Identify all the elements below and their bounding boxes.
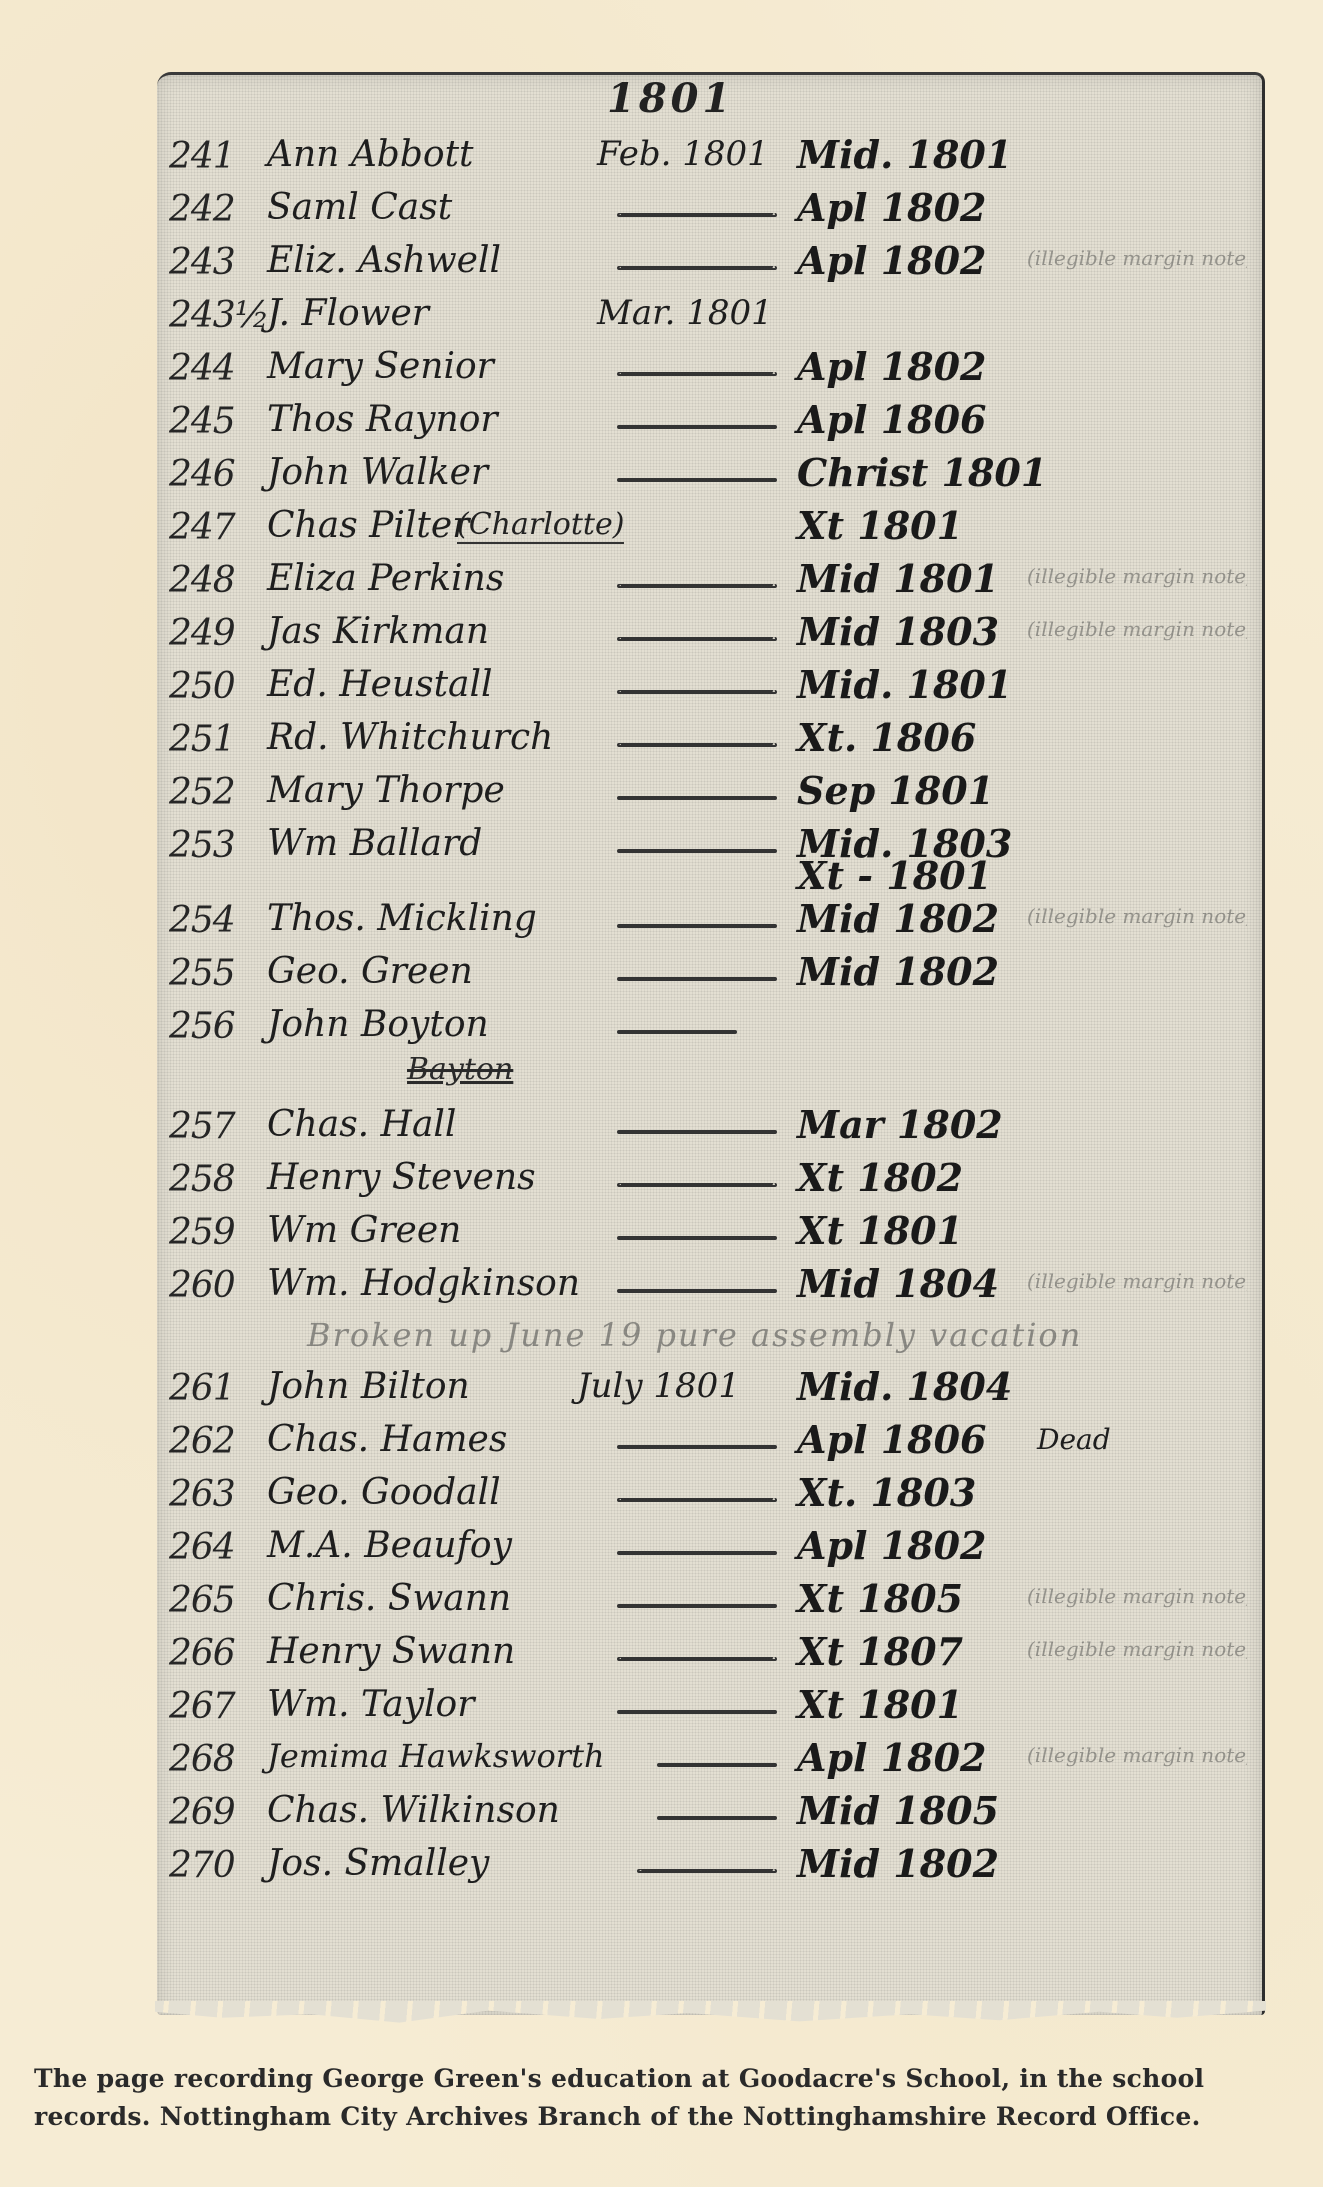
pupil-name: Jos. Smalley [267,1843,489,1884]
entry-number: 247 [169,507,249,548]
register-entry: 267 Wm. Taylor Xt 1801 [157,1680,1262,1733]
register-entry: 255 Geo. Green Mid 1802 [157,947,1262,1000]
register-entry: 262 Chas. Hames Apl 1806 Dead [157,1415,1262,1468]
ditto-dash [657,1816,777,1820]
manuscript-page: 1801 241 Ann Abbott Feb. 1801 Mid. 1801 … [157,72,1265,2015]
ditto-dash [617,743,777,747]
pupil-name: Chas Pilter [267,505,469,546]
margin-note: (illegible margin note) [1027,617,1247,647]
entry-number: 243 [169,242,249,283]
ditto-dash [617,977,777,981]
pupil-name: Jas Kirkman [267,611,489,652]
ditto-dash [617,1236,777,1240]
entry-number: 258 [169,1159,249,1200]
margin-note: (illegible margin note) [1027,1743,1247,1773]
entry-number: 267 [169,1686,249,1727]
left-date: Mid 1802 [797,896,999,941]
ditto-dash [617,1030,737,1034]
ditto-dash [617,1710,777,1714]
register-entry: 266 Henry Swann Xt 1807 (illegible margi… [157,1627,1262,1680]
pupil-name: J. Flower [267,293,429,334]
entry-number: 270 [169,1845,249,1886]
left-date: Apl 1802 [797,344,986,389]
register-entry: 258 Henry Stevens Xt 1802 [157,1153,1262,1206]
pupil-name: Mary Thorpe [267,770,505,811]
pupil-name: John Bilton [267,1366,470,1407]
pupil-name: Ed. Heustall [267,664,493,705]
register-entry: 270 Jos. Smalley Mid 1802 [157,1839,1262,1892]
entry-number: 245 [169,401,249,442]
entry-number: 248 [169,560,249,601]
left-date: Mid. 1801 [797,132,1012,177]
pupil-name: Wm Ballard [267,823,482,864]
left-date: Apl 1802 [797,1735,986,1780]
pupil-name: Wm Green [267,1210,461,1251]
margin-note: (illegible margin note) [1027,1584,1247,1614]
ditto-dash [617,1445,777,1449]
left-date: Xt 1807 [797,1629,963,1674]
left-date: Apl 1802 [797,1523,986,1568]
pupil-name: Chas. Hames [267,1419,507,1460]
left-date: Mid 1804 [797,1261,999,1306]
ditto-dash [617,637,777,641]
left-date: Mid 1803 [797,609,999,654]
margin-note: (illegible margin note) [1027,904,1247,934]
remark: Dead [1037,1423,1111,1456]
entry-number: 262 [169,1421,249,1462]
entry-number: 242 [169,189,249,230]
pupil-name: John Boyton [267,1004,489,1045]
register-entry: 264 M.A. Beaufoy Apl 1802 [157,1521,1262,1574]
entry-number: 241 [169,136,249,177]
pupil-name: Jemima Hawksworth [267,1737,605,1775]
ditto-dash [617,266,777,270]
entry-number: 259 [169,1212,249,1253]
register-entry: 260 Wm. Hodgkinson Mid 1804 (illegible m… [157,1259,1262,1312]
entry-number: 263 [169,1474,249,1515]
pupil-name: Mary Senior [267,346,494,387]
register-entry: 252 Mary Thorpe Sep 1801 [157,766,1262,819]
register-entry: 248 Eliza Perkins Mid 1801 (illegible ma… [157,554,1262,607]
pupil-name: Geo. Goodall [267,1472,501,1513]
entry-number: 246 [169,454,249,495]
figure-caption: The page recording George Green's educat… [34,2060,1274,2136]
left-date: Xt 1805 [797,1576,963,1621]
left-date: Christ 1801 [797,450,1047,495]
entry-number: 266 [169,1633,249,1674]
ditto-dash [617,849,777,853]
register-entry: 259 Wm Green Xt 1801 [157,1206,1262,1259]
ditto-dash [617,584,777,588]
left-date: Xt 1801 [797,503,963,548]
entry-number: 252 [169,772,249,813]
pupil-name: Wm. Hodgkinson [267,1263,580,1304]
entry-number: 269 [169,1792,249,1833]
left-date: Xt. 1806 [797,715,976,760]
register-entry: 249 Jas Kirkman Mid 1803 (illegible marg… [157,607,1262,660]
left-date: Mar 1802 [797,1102,1003,1147]
entry-number: 268 [169,1739,249,1780]
entry-number: 257 [169,1106,249,1147]
torn-paper-edge [155,2001,1266,2025]
register-ledger: 241 Ann Abbott Feb. 1801 Mid. 1801 242 S… [157,130,1262,1892]
pupil-name: M.A. Beaufoy [267,1525,512,1566]
admitted-date: Mar. 1801 [597,293,773,333]
left-date: Mid 1801 [797,556,999,601]
left-date: Xt - 1801 [797,853,992,898]
ditto-dash [617,372,777,376]
register-entry: 254 Thos. Mickling Mid 1802 (illegible m… [157,894,1262,947]
entry-number: 260 [169,1265,249,1306]
entry-number: 265 [169,1580,249,1621]
margin-note: (illegible margin note, Mid 1805) [1027,1269,1247,1299]
ditto-dash [617,690,777,694]
pupil-name: Wm. Taylor [267,1684,474,1725]
vacation-note-text: Broken up June 19 pure assembly vacation [307,1316,1082,1354]
entry-number: 261 [169,1368,249,1409]
admitted-date: Feb. 1801 [597,134,769,174]
pupil-name: Chris. Swann [267,1578,511,1619]
register-entry: 245 Thos Raynor Apl 1806 [157,395,1262,448]
left-date: Xt. 1803 [797,1470,976,1515]
register-entry: 243 Eliz. Ashwell Apl 1802 (illegible ma… [157,236,1262,289]
left-date: Apl 1802 [797,185,986,230]
name-correction: Bayton [407,1052,513,1087]
register-entry: 246 John Walker Christ 1801 [157,448,1262,501]
entry-number: 251 [169,719,249,760]
name-aside: (Charlotte) [457,507,624,544]
pupil-name: John Walker [267,452,488,493]
left-date: Mid. 1804 [797,1364,1012,1409]
left-date: Sep 1801 [797,768,994,813]
entry-number: 243½ [169,295,249,336]
left-date: Mid 1802 [797,1841,999,1886]
register-entry: 242 Saml Cast Apl 1802 [157,183,1262,236]
ditto-dash [637,1869,777,1873]
ditto-dash [617,924,777,928]
pupil-name: Saml Cast [267,187,452,228]
entry-number: 256 [169,1006,249,1047]
register-entry: 263 Geo. Goodall Xt. 1803 [157,1468,1262,1521]
ditto-dash [617,1604,777,1608]
register-entry: 241 Ann Abbott Feb. 1801 Mid. 1801 [157,130,1262,183]
register-entry: 251 Rd. Whitchurch Xt. 1806 [157,713,1262,766]
register-entry: 269 Chas. Wilkinson Mid 1805 [157,1786,1262,1839]
ditto-dash [617,478,777,482]
left-date: Mid. 1801 [797,662,1012,707]
left-date: Apl 1806 [797,1417,986,1462]
pupil-name: Eliza Perkins [267,558,504,599]
register-entry: 261 John Bilton July 1801 Mid. 1804 [157,1362,1262,1415]
left-date: Apl 1806 [797,397,986,442]
register-entry: 256 John Boyton Bayton [157,1000,1262,1100]
pupil-name: Geo. Green [267,951,473,992]
pupil-name: Chas. Hall [267,1104,456,1145]
pupil-name: Henry Swann [267,1631,515,1672]
ditto-dash [617,1130,777,1134]
ditto-dash [617,1498,777,1502]
register-entry: 253 Wm Ballard Mid. 1803 [157,819,1262,859]
register-entry-stray-date: Xt - 1801 [157,859,1262,894]
pupil-name: Thos. Mickling [267,898,537,939]
vacation-note: Broken up June 19 pure assembly vacation [157,1312,1262,1362]
ditto-dash [617,425,777,429]
ditto-dash [617,796,777,800]
entry-number: 244 [169,348,249,389]
pupil-name: Thos Raynor [267,399,498,440]
entry-number: 254 [169,900,249,941]
ditto-dash [657,1763,777,1767]
margin-note: (illegible margin note) [1027,564,1247,594]
pupil-name: Ann Abbott [267,134,474,175]
left-date: Xt 1802 [797,1155,963,1200]
register-entry: 250 Ed. Heustall Mid. 1801 [157,660,1262,713]
ditto-dash [617,1289,777,1293]
register-entry: 244 Mary Senior Apl 1802 [157,342,1262,395]
ditto-dash [617,1183,777,1187]
entry-number: 250 [169,666,249,707]
register-entry: 247 Chas Pilter (Charlotte) Xt 1801 [157,501,1262,554]
register-entry: 243½ J. Flower Mar. 1801 [157,289,1262,342]
left-date: Apl 1802 [797,238,986,283]
ditto-dash [617,1551,777,1555]
left-date: Mid 1802 [797,949,999,994]
register-entry: 268 Jemima Hawksworth Apl 1802 (illegibl… [157,1733,1262,1786]
entry-number: 249 [169,613,249,654]
margin-note: (illegible margin note) [1027,1637,1247,1667]
admitted-date: July 1801 [577,1366,740,1406]
ditto-dash [617,213,777,217]
ditto-dash [617,1657,777,1661]
pupil-name: Chas. Wilkinson [267,1790,560,1831]
left-date: Mid 1805 [797,1788,999,1833]
margin-note: (illegible margin note) [1027,246,1247,276]
register-entry: 257 Chas. Hall Mar 1802 [157,1100,1262,1153]
left-date: Xt 1801 [797,1682,963,1727]
year-heading: 1801 [607,75,734,122]
entry-number: 255 [169,953,249,994]
pupil-name: Henry Stevens [267,1157,536,1198]
register-entry: 265 Chris. Swann Xt 1805 (illegible marg… [157,1574,1262,1627]
left-date: Xt 1801 [797,1208,963,1253]
entry-number: 264 [169,1527,249,1568]
pupil-name: Eliz. Ashwell [267,240,501,281]
pupil-name: Rd. Whitchurch [267,717,553,758]
